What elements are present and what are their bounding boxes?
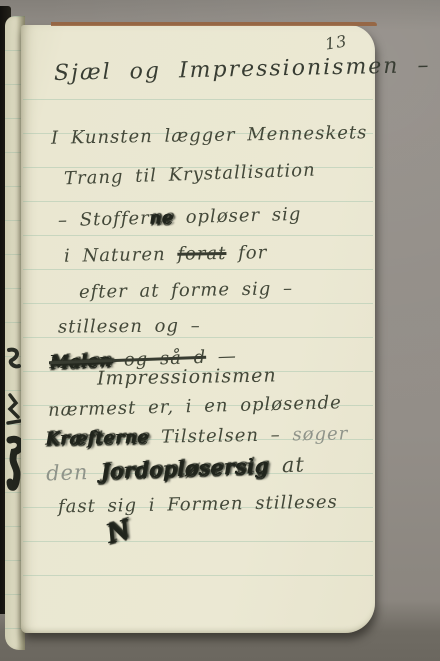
handwriting-segment: stillesen og – <box>58 315 201 337</box>
handwritten-title: Sjæl og Impressionismen – <box>54 53 431 86</box>
notebook-photo: 13 Sjæl og Impressionismen – I Kunsten l… <box>0 0 440 661</box>
notebook-page: 13 Sjæl og Impressionismen – I Kunsten l… <box>21 25 375 633</box>
handwriting-segment: i Naturen <box>64 244 178 267</box>
handwriting-segment: – Stoffer <box>58 208 150 231</box>
handwriting-segment: den <box>46 460 102 486</box>
handwriting-segment: opløser sig <box>174 204 302 228</box>
handwriting-segment: ne <box>149 207 174 229</box>
handwriting-segment: Impressionismen <box>97 364 277 389</box>
handwriting-segment: at <box>269 452 305 477</box>
handwritten-line: i Naturen forat for <box>64 242 268 267</box>
handwritten-line: Impressionismen <box>97 364 277 389</box>
handwriting-segment: søger <box>292 423 348 445</box>
handwriting-segment: for <box>226 242 267 264</box>
handwriting-segment: opløser <box>149 455 235 482</box>
handwriting-segment: Tilstelsen – <box>149 424 292 447</box>
handwritten-line: stillesen og – <box>58 315 201 337</box>
handwriting-segment: sig <box>235 454 270 479</box>
handwriting-segment: Jord <box>101 458 150 484</box>
handwriting-segment: efter at forme sig – <box>79 278 293 303</box>
handwriting-segment: forat <box>177 243 226 265</box>
handwritten-line: efter at forme sig – <box>79 278 293 303</box>
page-number: 13 <box>324 31 349 53</box>
handwriting-segment: Kræfterne <box>46 427 150 450</box>
